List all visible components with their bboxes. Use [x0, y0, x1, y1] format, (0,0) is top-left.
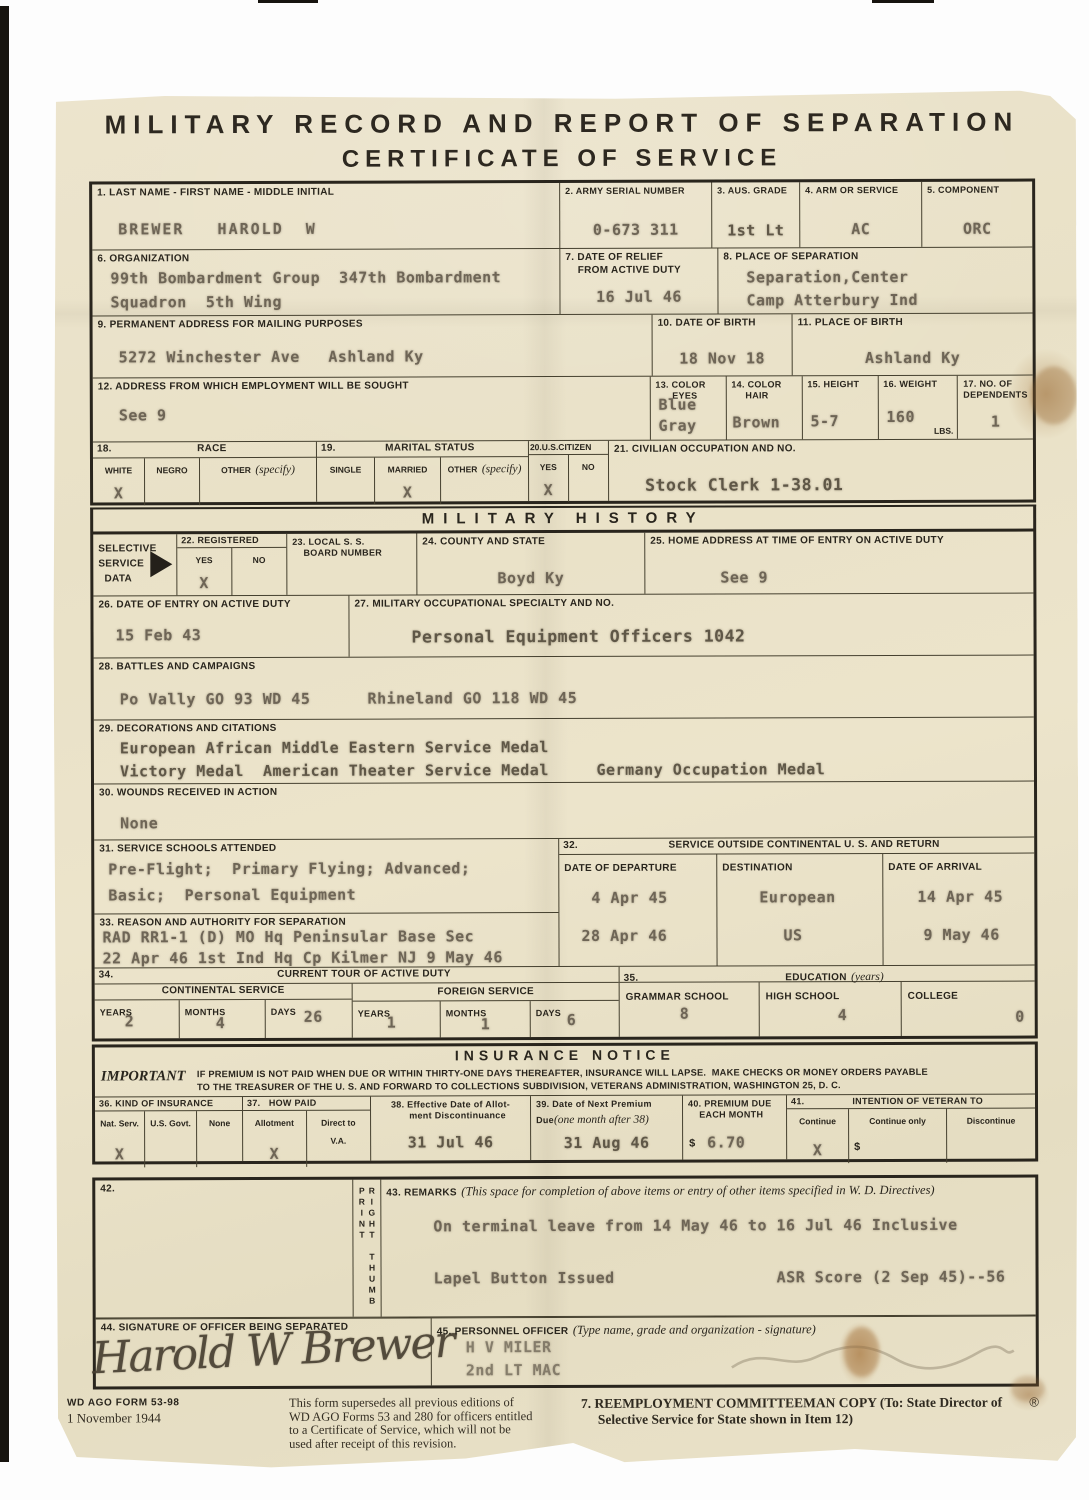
- scanner-edge-left: [0, 6, 9, 1462]
- field-component-label: 5. COMPONENT: [927, 185, 1027, 197]
- registered-yes-label: YES: [196, 555, 213, 565]
- field-eye-color-value: Blue Gray: [658, 395, 696, 437]
- continental-service-label: CONTINENTAL SERVICE: [95, 984, 352, 1000]
- scanner-edge-top-mark1: [258, 0, 318, 3]
- foreign-years-value: 1: [387, 1011, 397, 1034]
- footer-supersede-note: This form supersedes all previous editio…: [289, 1396, 551, 1451]
- registered-mark: ®: [1029, 1395, 1039, 1449]
- insurance-usgovt-column: U.S. Govt.: [145, 1112, 197, 1167]
- race-other-column: OTHER (specify): [200, 457, 316, 505]
- military-history-band: MILITARY HISTORY: [90, 505, 1036, 532]
- high-school-value: 4: [838, 1004, 848, 1027]
- field-height-label: 15. HEIGHT: [807, 379, 872, 390]
- field-birth-date: 10. DATE OF BIRTH 18 Nov 18: [653, 314, 793, 375]
- field-entry-date-value: 15 Feb 43: [116, 624, 202, 648]
- field-thumb-print-number: 42.: [100, 1183, 347, 1196]
- intention-discontinue-column: Discontinue: [947, 1109, 1035, 1163]
- field-mos-value: Personal Equipment Officers 1042: [412, 624, 746, 651]
- field-entry-date-label: 26. DATE OF ENTRY ON ACTIVE DUTY: [98, 599, 343, 612]
- field-marital-title: MARITAL STATUS: [336, 442, 524, 455]
- race-other-label: OTHER: [221, 464, 251, 474]
- field-battles-campaigns-label: 28. BATTLES AND CAMPAIGNS: [99, 659, 1029, 674]
- field-civilian-occupation: 21. CIVILIAN OCCUPATION AND NO. Stock Cl…: [609, 440, 1033, 501]
- footer-copy-designation: 7. REEMPLOYMENT COMMITTEEMAN COPY (To: S…: [581, 1395, 1016, 1450]
- field-how-paid: 37. HOW PAID Allotment X Direct to V.A.: [243, 1097, 371, 1161]
- field-weight-label: 16. WEIGHT: [883, 379, 952, 390]
- field-separation-reason: 33. REASON AND AUTHORITY FOR SEPARATION …: [94, 913, 558, 967]
- field-mailing-address-value: 5272 Winchester Ave Ashland Ky: [119, 345, 424, 369]
- high-school-label: HIGH SCHOOL: [766, 991, 840, 1002]
- race-negro-column: NEGRO: [145, 458, 200, 505]
- paper-stain-right: [1031, 366, 1077, 424]
- field-weight-unit: LBS.: [934, 426, 953, 437]
- field-home-address-label: 25. HOME ADDRESS AT TIME OF ENTRY ON ACT…: [650, 535, 1028, 549]
- field-education: 35. EDUCATION (years) GRAMMAR SCHOOL 8 H…: [620, 966, 1035, 1037]
- selective-service-data-cell: SELECTIVE SERVICE DATA: [93, 534, 177, 595]
- registered-no-column: NO: [232, 548, 287, 595]
- paper-stain-bottom: [844, 1327, 880, 1377]
- footer-form-number: WD AGO FORM 53-98: [67, 1397, 245, 1410]
- field-current-tour-title: CURRENT TOUR OF ACTIVE DUTY: [113, 968, 614, 982]
- important-word: IMPORTANT: [101, 1068, 197, 1093]
- field-last-name-label: 1. LAST NAME - FIRST NAME - MIDDLE INITI…: [97, 186, 554, 200]
- field-organization: 6. ORGANIZATION 99th Bombardment Group 3…: [92, 249, 560, 315]
- right-thumb-print-label: RIGHT THUMB PRINT: [357, 1183, 377, 1314]
- field-veteran-intention: 41. INTENTION OF VETERAN TO Continue X C…: [787, 1095, 1035, 1160]
- field-birth-place-value: Ashland Ky: [793, 346, 1033, 370]
- field-component: 5. COMPONENT ORC: [922, 182, 1032, 247]
- field-county-state-value: Boyd Ky: [417, 567, 644, 591]
- field-mailing-address: 9. PERMANENT ADDRESS FOR MAILING PURPOSE…: [93, 315, 653, 378]
- citizen-no-label: NO: [582, 462, 595, 472]
- field-county-state-label: 24. COUNTY AND STATE: [422, 536, 639, 549]
- howpaid-allotment-column: Allotment X: [243, 1111, 307, 1166]
- field-separation-place-label: 8. PLACE OF SEPARATION: [723, 251, 1027, 264]
- field-mailing-address-label: 9. PERMANENT ADDRESS FOR MAILING PURPOSE…: [98, 318, 647, 332]
- field-wounds-label: 30. WOUNDS RECEIVED IN ACTION: [99, 785, 1029, 800]
- grammar-school-label: GRAMMAR SCHOOL: [626, 991, 729, 1002]
- field-arm-service: 4. ARM OR SERVICE AC: [800, 182, 922, 247]
- foreign-days-label: DAYS: [536, 1008, 561, 1018]
- important-text: IF PREMIUM IS NOT PAID WHEN DUE OR WITHI…: [197, 1066, 1029, 1094]
- destination-value-2: US: [783, 924, 802, 947]
- citizen-yes-label: YES: [540, 462, 557, 472]
- intention-continue-only-column: Continue only $: [849, 1109, 947, 1163]
- departure-value-1: 4 Apr 45: [591, 886, 667, 909]
- field-hair-color-label: 14. COLOR HAIR: [731, 379, 796, 402]
- field-personnel-officer-value: H V MILER 2nd LT MAC: [466, 1336, 561, 1382]
- race-other-specify: (specify): [255, 463, 295, 475]
- field-next-premium-label1: 39. Date of Next Premium: [536, 1099, 677, 1111]
- field-entry-date: 26. DATE OF ENTRY ON ACTIVE DUTY 15 Feb …: [93, 596, 349, 658]
- insurance-none-column: None: [197, 1111, 242, 1166]
- citizen-yes-mark: X: [529, 479, 568, 502]
- field-remarks-paren: (This space for completion of above item…: [461, 1183, 934, 1198]
- marital-married-column: MARRIED X: [375, 457, 441, 504]
- continental-service-group: CONTINENTAL SERVICE YEARS 2 MONTHS 4: [95, 984, 353, 1039]
- marital-other-column: OTHER (specify): [441, 457, 528, 505]
- destination-column: DESTINATION European US: [717, 854, 883, 966]
- citizen-yes-column: YES X: [529, 455, 569, 502]
- field-component-value: ORC: [922, 217, 1032, 241]
- field-decorations: 29. DECORATIONS AND CITATIONS European A…: [94, 718, 1034, 784]
- field-separation-place-value: Separation,Center Camp Atterbury Ind: [746, 266, 918, 313]
- field-registered-group: 22. REGISTERED YES X NO: [177, 534, 287, 595]
- field-civilian-occupation-label: 21. CIVILIAN OCCUPATION AND NO.: [614, 443, 1028, 457]
- selective-service-arrow-icon: [150, 551, 172, 577]
- field-service-outside-title: SERVICE OUTSIDE CONTINENTAL U. S. AND RE…: [578, 839, 1030, 853]
- field-race-number: 18.: [97, 443, 112, 456]
- field-serial-number-label: 2. ARMY SERIAL NUMBER: [565, 186, 706, 198]
- field-last-name-value: BREWER HAROLD W: [118, 218, 317, 242]
- race-white-label: WHITE: [105, 465, 132, 475]
- arrival-value-2: 9 May 46: [923, 923, 999, 946]
- field-next-premium-label2: Due: [536, 1115, 554, 1125]
- identification-box: 1. LAST NAME - FIRST NAME - MIDDLE INITI…: [89, 179, 1036, 506]
- field-premium-due-label: 40. PREMIUM DUE EACH MONTH: [688, 1098, 781, 1121]
- field-eye-color: 13. COLOR EYES Blue Gray: [650, 376, 726, 439]
- field-height: 15. HEIGHT 5-7: [802, 376, 878, 439]
- field-decorations-label: 29. DECORATIONS AND CITATIONS: [99, 721, 1029, 736]
- race-negro-label: NEGRO: [156, 465, 187, 475]
- document-title: MILITARY RECORD AND REPORT OF SEPARATION: [89, 107, 1035, 141]
- document-paper: MILITARY RECORD AND REPORT OF SEPARATION…: [52, 90, 1080, 1473]
- field-mos-label: 27. MILITARY OCCUPATIONAL SPECIALTY AND …: [354, 597, 1028, 612]
- insurance-none-label: None: [209, 1118, 230, 1128]
- field-service-schools-label: 31. SERVICE SCHOOLS ATTENDED: [99, 842, 553, 856]
- field-local-board: 23. LOCAL S. S. BOARD NUMBER: [287, 533, 417, 594]
- field-service-outside-number: 32.: [563, 840, 578, 853]
- document-subtitle: CERTIFICATE OF SERVICE: [89, 144, 1035, 175]
- field-home-address-value: See 9: [720, 566, 768, 589]
- field-grade-value: 1st Lt: [712, 219, 799, 243]
- foreign-months-value: 1: [481, 1013, 491, 1036]
- field-birth-place: 11. PLACE OF BIRTH Ashland Ky: [793, 314, 1033, 376]
- continental-days-column: DAYS 26: [266, 999, 352, 1038]
- field-service-outside: 32. SERVICE OUTSIDE CONTINENTAL U. S. AN…: [559, 838, 1034, 966]
- field-separation-place: 8. PLACE OF SEPARATION Separation,Center…: [718, 248, 1032, 314]
- intention-dollar-sign: $: [854, 1141, 860, 1155]
- schools-separation-column: 31. SERVICE SCHOOLS ATTENDED Pre-Flight;…: [94, 839, 559, 967]
- registered-no-label: NO: [253, 555, 266, 565]
- military-history-box: SELECTIVE SERVICE DATA 22. REGISTERED YE…: [90, 529, 1038, 1042]
- right-thumb-print-strip: RIGHT THUMB PRINT: [353, 1180, 381, 1317]
- continental-years-column: YEARS 2: [95, 1000, 180, 1039]
- field-next-premium: 39. Date of Next Premium Due(one month a…: [531, 1096, 683, 1160]
- remarks-line-2: Lapel Button Issued ASR Score (2 Sep 45)…: [434, 1266, 1006, 1291]
- scanner-edge-top-mark2: [872, 0, 934, 3]
- foreign-days-value: 6: [567, 1008, 577, 1031]
- field-allotment-discontinuance-label: 38. Effective Date of Allot- ment Discon…: [376, 1099, 525, 1122]
- field-arm-service-label: 4. ARM OR SERVICE: [805, 185, 916, 197]
- field-service-schools-value: Pre-Flight; Primary Flying; Advanced; Ba…: [108, 855, 470, 908]
- registered-yes-column: YES X: [177, 548, 232, 595]
- arrival-value-1: 14 Apr 45: [917, 885, 1003, 909]
- field-citizen-group: 20.U.S.CITIZEN YES X NO: [529, 441, 609, 501]
- field-employment-address: 12. ADDRESS FROM WHICH EMPLOYMENT WILL B…: [93, 377, 651, 442]
- field-registered-label: 22. REGISTERED: [181, 535, 259, 546]
- field-kind-of-insurance: 36. KIND OF INSURANCE Nat. Serv. X U.S. …: [95, 1097, 243, 1161]
- destination-column-label: DESTINATION: [722, 862, 792, 873]
- field-serial-number-value: 0-673 311: [560, 218, 711, 242]
- field-battles-campaigns-value: Po Vally GO 93 WD 45 Rhineland GO 118 WD…: [120, 687, 578, 712]
- registered-yes-mark: X: [177, 572, 231, 595]
- departure-column: DATE OF DEPARTURE 4 Apr 45 28 Apr 46: [559, 854, 717, 966]
- college-value: 0: [1015, 1006, 1025, 1029]
- foreign-service-group: FOREIGN SERVICE YEARS 1 MONTHS 1: [353, 983, 619, 1038]
- departure-value-2: 28 Apr 46: [581, 924, 667, 948]
- foreign-years-column: YEARS 1: [353, 1001, 441, 1038]
- howpaid-directva-column: Direct to V.A.: [307, 1111, 371, 1166]
- paper-stain-corner: [1011, 1375, 1045, 1401]
- howpaid-allotment-label: Allotment: [255, 1118, 294, 1128]
- departure-column-label: DATE OF DEPARTURE: [564, 862, 677, 873]
- marital-single-label: SINGLE: [330, 464, 362, 474]
- field-height-value: 5-7: [810, 410, 839, 433]
- form-body: 1. LAST NAME - FIRST NAME - MIDDLE INITI…: [89, 179, 1039, 1452]
- field-premium-due-value: 6.70: [707, 1131, 745, 1154]
- continental-days-label: DAYS: [271, 1006, 296, 1016]
- field-personnel-officer-paren: (Type name, grade and organization - sig…: [573, 1322, 816, 1337]
- continental-months-value: 4: [216, 1012, 226, 1035]
- field-citizen-label: 20.U.S.CITIZEN: [530, 442, 591, 453]
- field-hair-color: 14. COLOR HAIR Brown: [726, 376, 802, 439]
- field-allotment-discontinuance: 38. Effective Date of Allot- ment Discon…: [371, 1096, 531, 1161]
- field-premium-due: 40. PREMIUM DUE EACH MONTH $ 6.70: [683, 1095, 787, 1159]
- field-last-name: 1. LAST NAME - FIRST NAME - MIDDLE INITI…: [92, 183, 560, 249]
- grammar-school-value: 8: [680, 1003, 690, 1026]
- field-next-premium-value: 31 Aug 46: [531, 1131, 682, 1155]
- continental-days-value: 26: [304, 1005, 323, 1028]
- field-next-premium-paren: (one month after 38): [554, 1114, 649, 1126]
- field-employment-address-label: 12. ADDRESS FROM WHICH EMPLOYMENT WILL B…: [98, 380, 645, 394]
- intention-discontinue-label: Discontinue: [967, 1116, 1016, 1126]
- foreign-years-label: YEARS: [358, 1008, 391, 1018]
- field-how-paid-label: 37. HOW PAID: [247, 1098, 317, 1109]
- premium-dollar-sign: $: [689, 1138, 695, 1152]
- field-kind-of-insurance-label: 36. KIND OF INSURANCE: [99, 1098, 213, 1110]
- howpaid-allotment-mark: X: [243, 1143, 306, 1166]
- field-organization-value: 99th Bombardment Group 347th Bombardment…: [110, 265, 501, 314]
- field-veteran-intention-number: 41.: [791, 1096, 804, 1107]
- field-decorations-value: European African Middle Eastern Service …: [120, 735, 825, 783]
- intention-continue-only-label: Continue only: [869, 1116, 926, 1126]
- arrival-column-label: DATE OF ARRIVAL: [888, 861, 982, 872]
- field-dependents: 17. NO. OF DEPENDENTS 1: [958, 376, 1033, 439]
- marital-other-specify: (specify): [482, 463, 522, 475]
- insurance-box: INSURANCE NOTICE IMPORTANT IF PREMIUM IS…: [92, 1042, 1038, 1165]
- field-birth-place-label: 11. PLACE OF BIRTH: [798, 317, 1028, 330]
- high-school-column: HIGH SCHOOL 4: [760, 982, 902, 1036]
- field-weight-value: 160: [886, 406, 915, 429]
- footer-form-id: WD AGO FORM 53-98 1 November 1944: [67, 1397, 245, 1452]
- citizen-no-column: NO: [568, 454, 608, 501]
- remarks-signature-box: 42. RIGHT THUMB PRINT 43. REMARKS (This …: [92, 1175, 1039, 1390]
- field-relief-date-label: 7. DATE OF RELIEF FROM ACTIVE DUTY: [565, 252, 712, 277]
- field-service-schools: 31. SERVICE SCHOOLS ATTENDED Pre-Flight;…: [94, 839, 558, 914]
- field-county-state: 24. COUNTY AND STATE Boyd Ky: [417, 533, 645, 595]
- insurance-natserv-mark: X: [95, 1144, 144, 1167]
- insurance-usgovt-label: U.S. Govt.: [150, 1119, 191, 1129]
- field-weight: 16. WEIGHT 160 LBS.: [878, 376, 958, 439]
- insurance-important-row: IMPORTANT IF PREMIUM IS NOT PAID WHEN DU…: [95, 1064, 1035, 1098]
- field-mos: 27. MILITARY OCCUPATIONAL SPECIALTY AND …: [349, 594, 1033, 657]
- field-serial-number: 2. ARMY SERIAL NUMBER 0-673 311: [560, 183, 712, 248]
- field-marital-group: 19. MARITAL STATUS SINGLE MARRIED X OTHE…: [317, 441, 529, 502]
- field-birth-date-value: 18 Nov 18: [653, 347, 792, 371]
- marital-married-mark: X: [375, 481, 440, 504]
- field-organization-label: 6. ORGANIZATION: [97, 252, 554, 266]
- field-personnel-officer: 45. PERSONNEL OFFICER (Type name, grade …: [432, 1317, 1036, 1386]
- college-column: COLLEGE 0: [902, 982, 1035, 1036]
- marital-married-label: MARRIED: [388, 464, 428, 474]
- field-thumb-print-area: 42.: [95, 1180, 353, 1318]
- marital-other-label: OTHER: [448, 464, 478, 474]
- remarks-line-1: On terminal leave from 14 May 46 to 16 J…: [433, 1214, 957, 1239]
- field-current-tour: 34. CURRENT TOUR OF ACTIVE DUTY CONTINEN…: [95, 967, 620, 1039]
- field-home-address: 25. HOME ADDRESS AT TIME OF ENTRY ON ACT…: [645, 532, 1033, 594]
- field-civilian-occupation-value: Stock Clerk 1-38.01: [645, 473, 843, 499]
- field-employment-address-value: See 9: [119, 404, 167, 427]
- field-remarks: 43. REMARKS (This space for completion o…: [381, 1178, 1035, 1317]
- continental-months-column: MONTHS 4: [180, 999, 266, 1038]
- field-local-board-label: 23. LOCAL S. S. BOARD NUMBER: [292, 536, 411, 559]
- arrival-column: DATE OF ARRIVAL 14 Apr 45 9 May 46: [883, 853, 1034, 965]
- field-birth-date-label: 10. DATE OF BIRTH: [658, 317, 787, 330]
- field-allotment-discontinuance-value: 31 Jul 46: [371, 1131, 530, 1155]
- foreign-months-column: MONTHS 1: [441, 1001, 531, 1038]
- insurance-natserv-label: Nat. Serv.: [100, 1119, 139, 1129]
- foreign-days-column: DAYS 6: [531, 1000, 619, 1037]
- field-marital-number: 19.: [321, 443, 336, 456]
- marital-single-column: SINGLE: [317, 457, 375, 504]
- field-grade: 3. AUS. GRADE 1st Lt: [712, 182, 800, 247]
- insurance-natserv-column: Nat. Serv. X: [95, 1112, 145, 1167]
- intention-continue-column: Continue X: [787, 1109, 849, 1162]
- continental-years-value: 2: [125, 1010, 135, 1033]
- field-race-title: RACE: [112, 443, 312, 456]
- field-hair-color-value: Brown: [732, 411, 780, 434]
- grammar-school-column: GRAMMAR SCHOOL 8: [620, 982, 760, 1036]
- field-wounds: 30. WOUNDS RECEIVED IN ACTION None: [94, 782, 1034, 840]
- field-relief-date-value: 16 Jul 46: [560, 285, 717, 309]
- field-relief-date: 7. DATE OF RELIEF FROM ACTIVE DUTY 16 Ju…: [560, 249, 718, 314]
- field-wounds-value: None: [120, 812, 158, 835]
- footer-form-date: 1 November 1944: [67, 1410, 245, 1427]
- race-white-mark: X: [93, 482, 144, 505]
- field-officer-signature: 44. SIGNATURE OF OFFICER BEING SEPARATED…: [96, 1319, 432, 1387]
- race-white-column: WHITE X: [93, 458, 145, 505]
- field-grade-label: 3. AUS. GRADE: [717, 185, 794, 196]
- field-race-group: 18. RACE WHITE X NEGRO OTHER (s: [93, 442, 317, 503]
- howpaid-directva-label: Direct to V.A.: [321, 1118, 356, 1146]
- foreign-service-label: FOREIGN SERVICE: [353, 983, 619, 1001]
- college-label: COLLEGE: [908, 991, 958, 1002]
- field-dependents-value: 1: [958, 410, 1033, 433]
- field-dependents-label: 17. NO. OF DEPENDENTS: [963, 379, 1028, 402]
- field-arm-service-value: AC: [800, 218, 921, 242]
- destination-value-1: European: [759, 886, 835, 909]
- intention-continue-mark: X: [787, 1139, 848, 1162]
- intention-continue-label: Continue: [799, 1116, 836, 1126]
- form-footer: WD AGO FORM 53-98 1 November 1944 This f…: [93, 1395, 1039, 1452]
- field-separation-reason-value: RAD RR1-1 (D) MO Hq Peninsular Base Sec …: [102, 926, 502, 969]
- field-veteran-intention-title: INTENTION OF VETERAN TO: [804, 1096, 1031, 1108]
- field-battles-campaigns: 28. BATTLES AND CAMPAIGNS Po Vally GO 93…: [94, 656, 1034, 720]
- field-remarks-label: 43. REMARKS: [386, 1187, 457, 1198]
- field-current-tour-number: 34.: [99, 969, 114, 982]
